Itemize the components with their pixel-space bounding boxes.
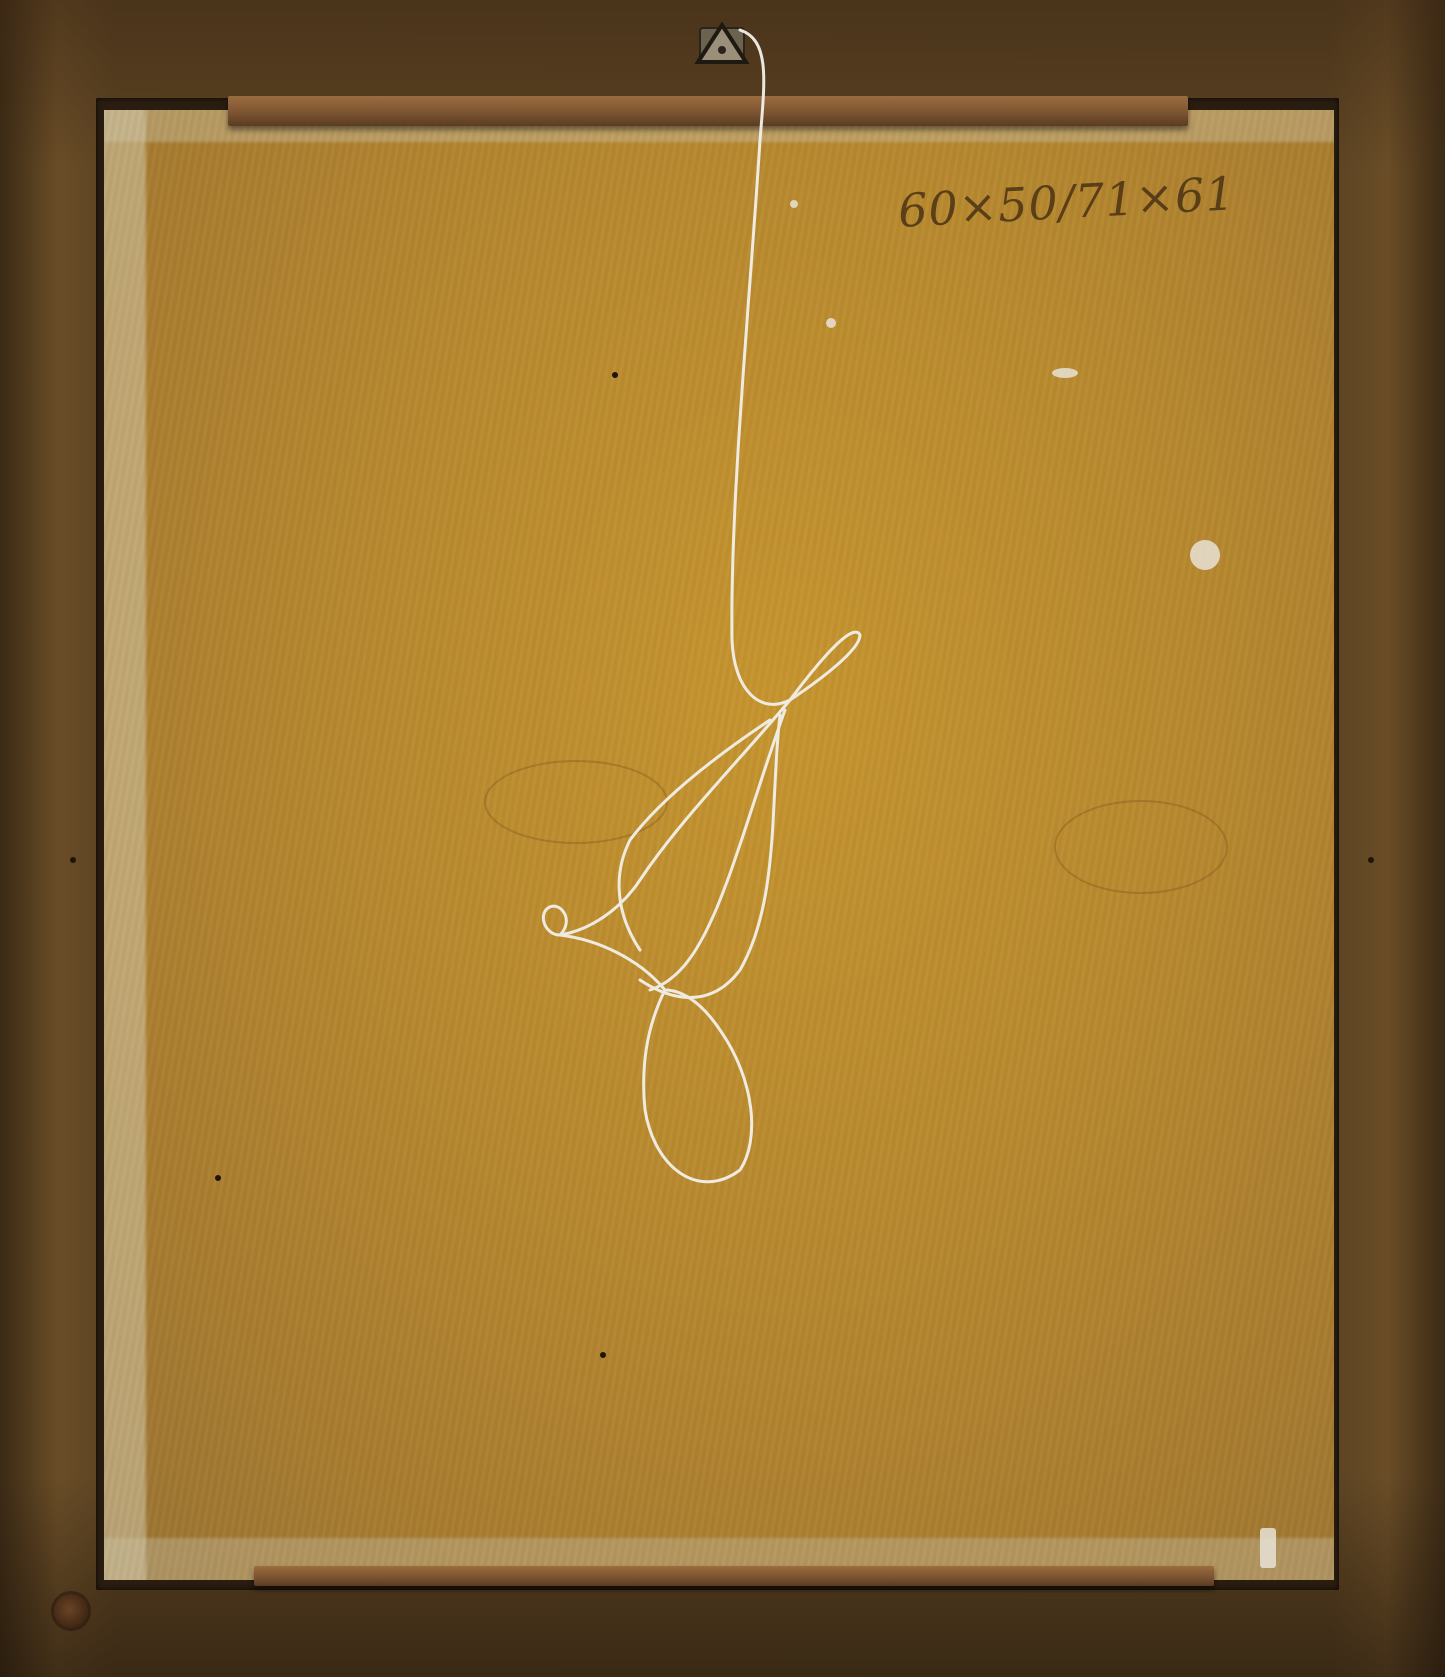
nail-hole <box>215 1175 221 1181</box>
paint-spot <box>1190 540 1220 570</box>
paint-spot <box>826 318 836 328</box>
photo-scene: 60×50/71×61 <box>0 0 1445 1677</box>
nail-hole <box>612 372 618 378</box>
corner-screw-icon <box>54 1594 88 1628</box>
nail-hole <box>70 857 76 863</box>
plywood-backing-board <box>104 110 1334 1580</box>
triangle-hanger-icon <box>694 22 750 68</box>
wood-knot <box>1054 800 1228 894</box>
bottom-wooden-slat <box>254 1566 1214 1586</box>
paint-spot <box>790 200 798 208</box>
paint-spot <box>1052 368 1078 378</box>
nail-hole <box>1368 857 1374 863</box>
nail-hole <box>600 1352 606 1358</box>
paint-spot <box>1260 1528 1276 1568</box>
top-wooden-slat <box>228 96 1188 126</box>
wood-knot <box>484 760 668 844</box>
